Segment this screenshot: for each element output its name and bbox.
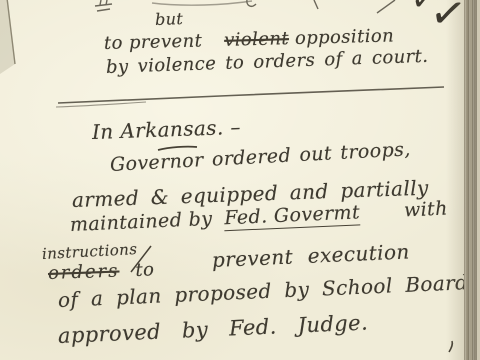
line-governor-ordered: Governor ordered out troops, — [109, 138, 411, 176]
underlined-fed-govermt: Fed. Govermt — [224, 201, 361, 231]
line-segment: maintained by — [70, 208, 213, 236]
line-orders-to: ordersto — [48, 259, 155, 284]
line-prevent-execution: prevent execution — [211, 239, 410, 272]
section-heading-in-arkansas: In Arkansas. – — [92, 115, 242, 144]
inserted-word-but: but — [155, 9, 184, 29]
book-edge-band — [464, 0, 477, 360]
page-fold-edge-line — [7, 0, 15, 64]
line-approved-fed-judge: approved by Fed. Judge. — [57, 310, 368, 348]
line-segment: to — [135, 259, 155, 281]
cut-off-text-fragments — [95, 0, 395, 13]
section-divider-line — [58, 87, 444, 103]
page-edge-shadow — [446, 0, 464, 360]
underlying-page-corner — [0, 0, 15, 74]
section-divider-second-stroke — [56, 102, 146, 107]
struck-word-violent: violent — [224, 28, 289, 51]
line-segment: with — [403, 198, 448, 222]
line-segment: opposition — [295, 25, 395, 49]
manuscript-page: ✓ ✓ but to preventviolentopposition by v… — [0, 0, 480, 360]
line-segment: to prevent — [104, 30, 203, 54]
struck-word-orders: orders — [48, 261, 120, 284]
